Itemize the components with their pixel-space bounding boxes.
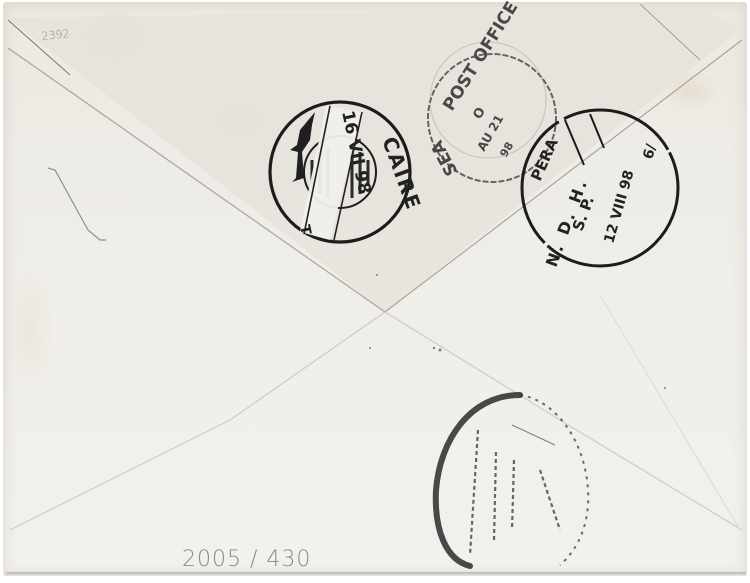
bottom-flap-crease-left	[10, 312, 385, 530]
side-flap-crease	[600, 295, 740, 530]
pencil-reference-number: 2005 / 430	[182, 547, 311, 572]
envelope-artwork: 2392 16 VII 98 T CAIRE POST OFFICE SEA O…	[0, 0, 750, 583]
india-date: 12 VIII 98	[601, 168, 637, 245]
faint-arrival-postmark	[436, 395, 588, 566]
india-right-text: 6/	[640, 142, 660, 162]
pencil-mark	[48, 168, 106, 240]
paper-stain	[5, 270, 55, 390]
